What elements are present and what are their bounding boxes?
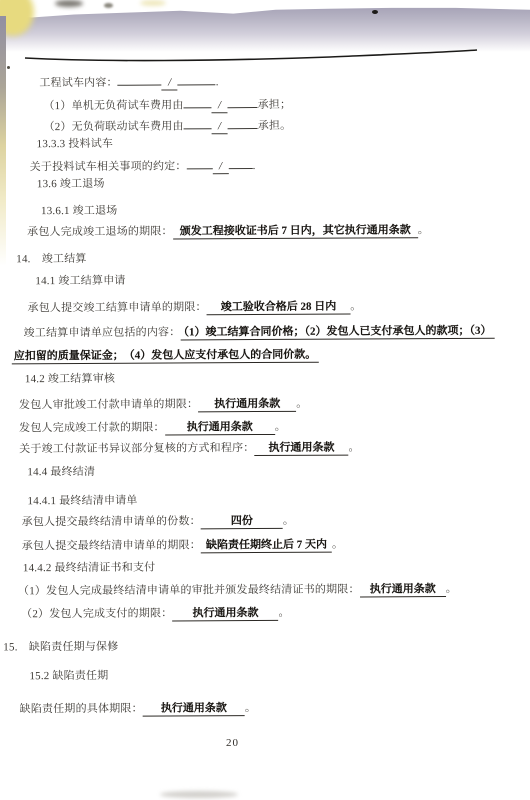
text-label: 关于投料试车相关事项的约定：: [30, 160, 187, 173]
line-settlement-apply-contents: 竣工结算申请单应包括的内容：（1）竣工结算合同价格；（2）发包人已支付承包人的款…: [24, 325, 495, 340]
line-exit-deadline: 承包人完成竣工退场的期限：颁发工程接收证书后 7 日内，其它执行通用条款。: [27, 224, 429, 239]
text-label: 。: [283, 515, 294, 527]
filled-in-value: 竣工验收合格后 28 日内: [207, 301, 351, 316]
text-label: 14.4.1 最终结清申请单: [27, 495, 137, 508]
line-feed-trial-agreement: 关于投料试车相关事项的约定：/.: [30, 157, 256, 175]
text-label: 。: [332, 539, 343, 551]
line-payment-cert-review: 关于竣工付款证书异议部分复核的方式和程序：执行通用条款。: [19, 442, 359, 457]
line-trial-run-content: 工程试车内容：/.: [39, 73, 218, 91]
heading-14-4-2: 14.4.2 最终结清证书和支付: [23, 562, 156, 576]
text-label: 竣工结算申请单应包括的内容：: [24, 326, 181, 339]
heading-13-3-3: 13.3.3 投料试车: [37, 138, 114, 151]
blank-underline: [187, 157, 213, 169]
text-label: 15.2 缺陷责任期: [29, 670, 108, 682]
text-label: （2）无负荷联动试车费用由: [44, 120, 184, 133]
text-label: 承包人完成竣工退场的期限：: [27, 225, 173, 238]
heading-15-2: 15.2 缺陷责任期: [29, 670, 108, 683]
text-label: .: [253, 160, 256, 172]
text-label: 承包人提交最终结清申请单的份数：: [22, 515, 201, 528]
heading-14-4-1: 14.4.1 最终结清申请单: [27, 495, 137, 509]
line-defect-period: 缺陷责任期的具体期限：执行通用条款。: [20, 702, 256, 716]
text-label: （1）单机无负荷试车费用由: [43, 99, 183, 112]
line-no-load-single-trial: （1）单机无负荷试车费用由/承担；: [43, 96, 291, 114]
line-settlement-apply-contents-wrap: 应扣留的质量保证金； （4）发包人应支付承包人的合同价款。: [12, 349, 319, 364]
line-final-pay-deadline: （2）发包人完成支付的期限：执行通用条款。: [21, 607, 290, 621]
line-no-load-joint-trial: （2）无负荷联动试车费用由/承担。: [44, 117, 292, 135]
blank-underline: [228, 96, 258, 108]
blank-underline: [184, 96, 212, 108]
text-label: 14.2 竣工结算审核: [25, 373, 115, 385]
text-label: 缺陷责任期的具体期限：: [20, 703, 143, 716]
text-label: 14. 竣工结算: [16, 253, 86, 265]
heading-15: 15. 缺陷责任期与保修: [3, 641, 118, 655]
contract-text-block: 工程试车内容：/.（1）单机无负荷试车费用由/承担；（2）无负荷联动试车费用由/…: [0, 0, 530, 800]
filled-in-value: 应扣留的质量保证金； （4）发包人应支付承包人的合同价款。: [12, 349, 319, 365]
slash-mark: /: [212, 99, 228, 113]
heading-14-4: 14.4 最终结清: [27, 466, 95, 479]
text-label: 13.3.3 投料试车: [37, 138, 114, 150]
slash-mark: /: [162, 76, 178, 90]
filled-in-value: 执行通用条款: [172, 607, 278, 622]
text-label: 。: [350, 300, 361, 312]
text-label: 承担。: [258, 120, 292, 132]
text-label: 13.6.1 竣工退场: [41, 205, 118, 217]
heading-14-1: 14.1 竣工结算申请: [35, 275, 125, 288]
filled-in-value: 执行通用条款: [143, 702, 245, 717]
text-label: 。: [418, 224, 429, 236]
text-label: （1）发包人完成最终结清申请单的审批并颁发最终结清证书的期限：: [18, 584, 360, 598]
text-label: 14.4 最终结清: [27, 466, 95, 478]
slash-mark: /: [213, 160, 229, 174]
blank-underline: [118, 74, 162, 86]
text-label: 。: [296, 398, 307, 410]
filled-in-value: 缺陷责任期终止后 7 天内: [201, 539, 332, 554]
text-label: 发包人审批竣工付款申请单的期限：: [19, 398, 198, 411]
blank-underline: [178, 73, 216, 85]
text-label: 14.1 竣工结算申请: [35, 275, 125, 287]
line-final-cert-deadline: （1）发包人完成最终结清申请单的审批并颁发最终结清证书的期限：执行通用条款。: [18, 583, 457, 598]
heading-13-6: 13.6 竣工退场: [37, 178, 105, 191]
text-label: .: [216, 76, 219, 88]
text-label: 。: [348, 442, 359, 454]
text-label: 。: [446, 583, 457, 595]
blank-underline: [184, 117, 212, 129]
slash-mark: /: [212, 120, 228, 134]
text-label: 关于竣工付款证书异议部分复核的方式和程序：: [19, 442, 254, 455]
text-label: 13.6 竣工退场: [37, 178, 105, 190]
filled-in-value: （1）竣工结算合同价格；（2）发包人已支付承包人的款项；（3）: [180, 325, 494, 341]
text-label: 承包人提交竣工结算申请单的期限：: [27, 301, 206, 314]
heading-13-6-1: 13.6.1 竣工退场: [41, 205, 118, 218]
text-label: 。: [245, 702, 256, 714]
text-label: 14.4.2 最终结清证书和支付: [23, 562, 156, 575]
filled-in-value: 执行通用条款: [198, 398, 296, 413]
line-payment-complete-deadline: 发包人完成竣工付款的期限：执行通用条款。: [19, 421, 286, 435]
filled-in-value: 执行通用条款: [360, 583, 446, 597]
text-label: （2）发包人完成支付的期限：: [21, 607, 172, 620]
heading-14-2: 14.2 竣工结算审核: [25, 373, 115, 386]
scanned-contract-page: { "meta": { "page_number": "20", "langua…: [0, 0, 530, 800]
text-label: 工程试车内容：: [39, 77, 117, 89]
text-label: 15. 缺陷责任期与保修: [3, 641, 118, 654]
text-label: 。: [278, 607, 289, 619]
page-number: 20: [226, 737, 239, 749]
blank-underline: [228, 117, 258, 129]
line-final-apply-deadline: 承包人提交最终结清申请单的期限：缺陷责任期终止后 7 天内。: [22, 539, 343, 554]
filled-in-value: 四份: [201, 515, 283, 529]
text-label: 承包人提交最终结清申请单的期限：: [22, 539, 201, 552]
heading-14: 14. 竣工结算: [16, 253, 86, 266]
filled-in-value: 执行通用条款: [165, 421, 275, 436]
blank-underline: [229, 157, 253, 169]
text-label: 承担；: [258, 99, 292, 111]
line-settlement-apply-deadline: 承包人提交竣工结算申请单的期限：竣工验收合格后 28 日内。: [27, 300, 361, 315]
line-payment-approve-deadline: 发包人审批竣工付款申请单的期限：执行通用条款。: [19, 398, 307, 413]
text-label: 发包人完成竣工付款的期限：: [19, 422, 165, 435]
filled-in-value: 执行通用条款: [254, 442, 348, 456]
filled-in-value: 颁发工程接收证书后 7 日内，其它执行通用条款: [173, 224, 418, 239]
text-label: 。: [275, 421, 286, 433]
line-final-apply-copies: 承包人提交最终结清申请单的份数：四份。: [22, 515, 294, 529]
